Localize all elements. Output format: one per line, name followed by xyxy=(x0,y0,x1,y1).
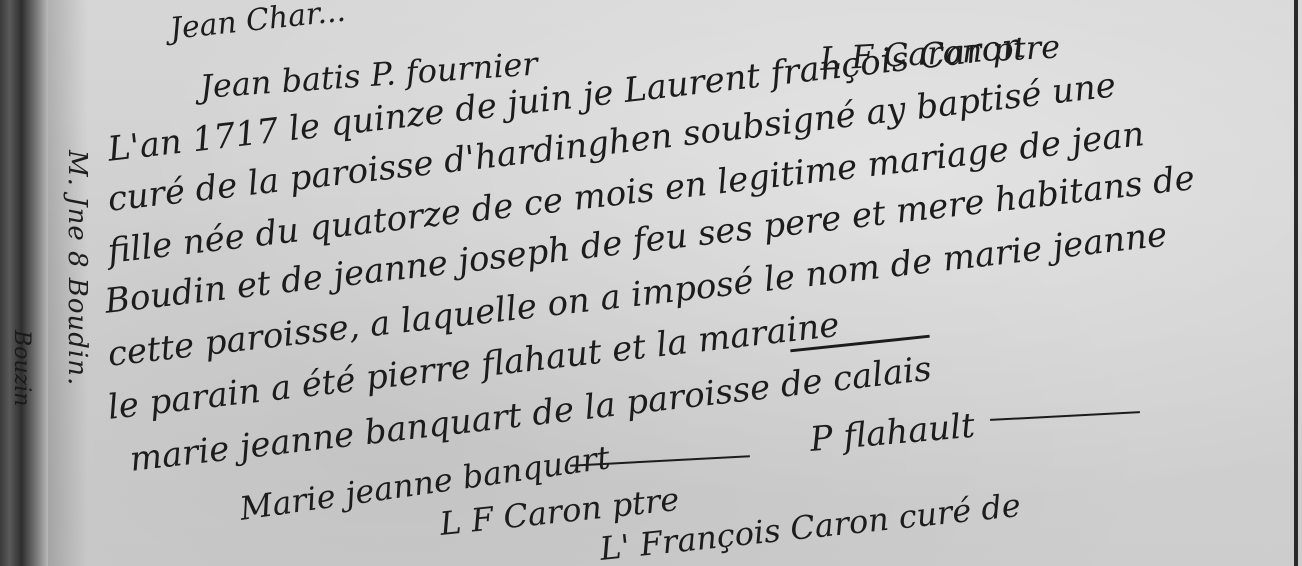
godfather-signature: P flahault xyxy=(808,406,976,460)
previous-entry-signature: Jean Char... xyxy=(168,0,347,47)
signature-flourish xyxy=(990,411,1140,421)
page-edge xyxy=(1294,0,1298,566)
binding-margin-text: Bouzin xyxy=(9,330,34,406)
register-page: Bouzin M. Jne 8 Boudin. Jean Char... Jea… xyxy=(0,0,1302,566)
margin-note: M. Jne 8 Boudin. xyxy=(62,150,92,386)
page-binding xyxy=(0,0,48,566)
